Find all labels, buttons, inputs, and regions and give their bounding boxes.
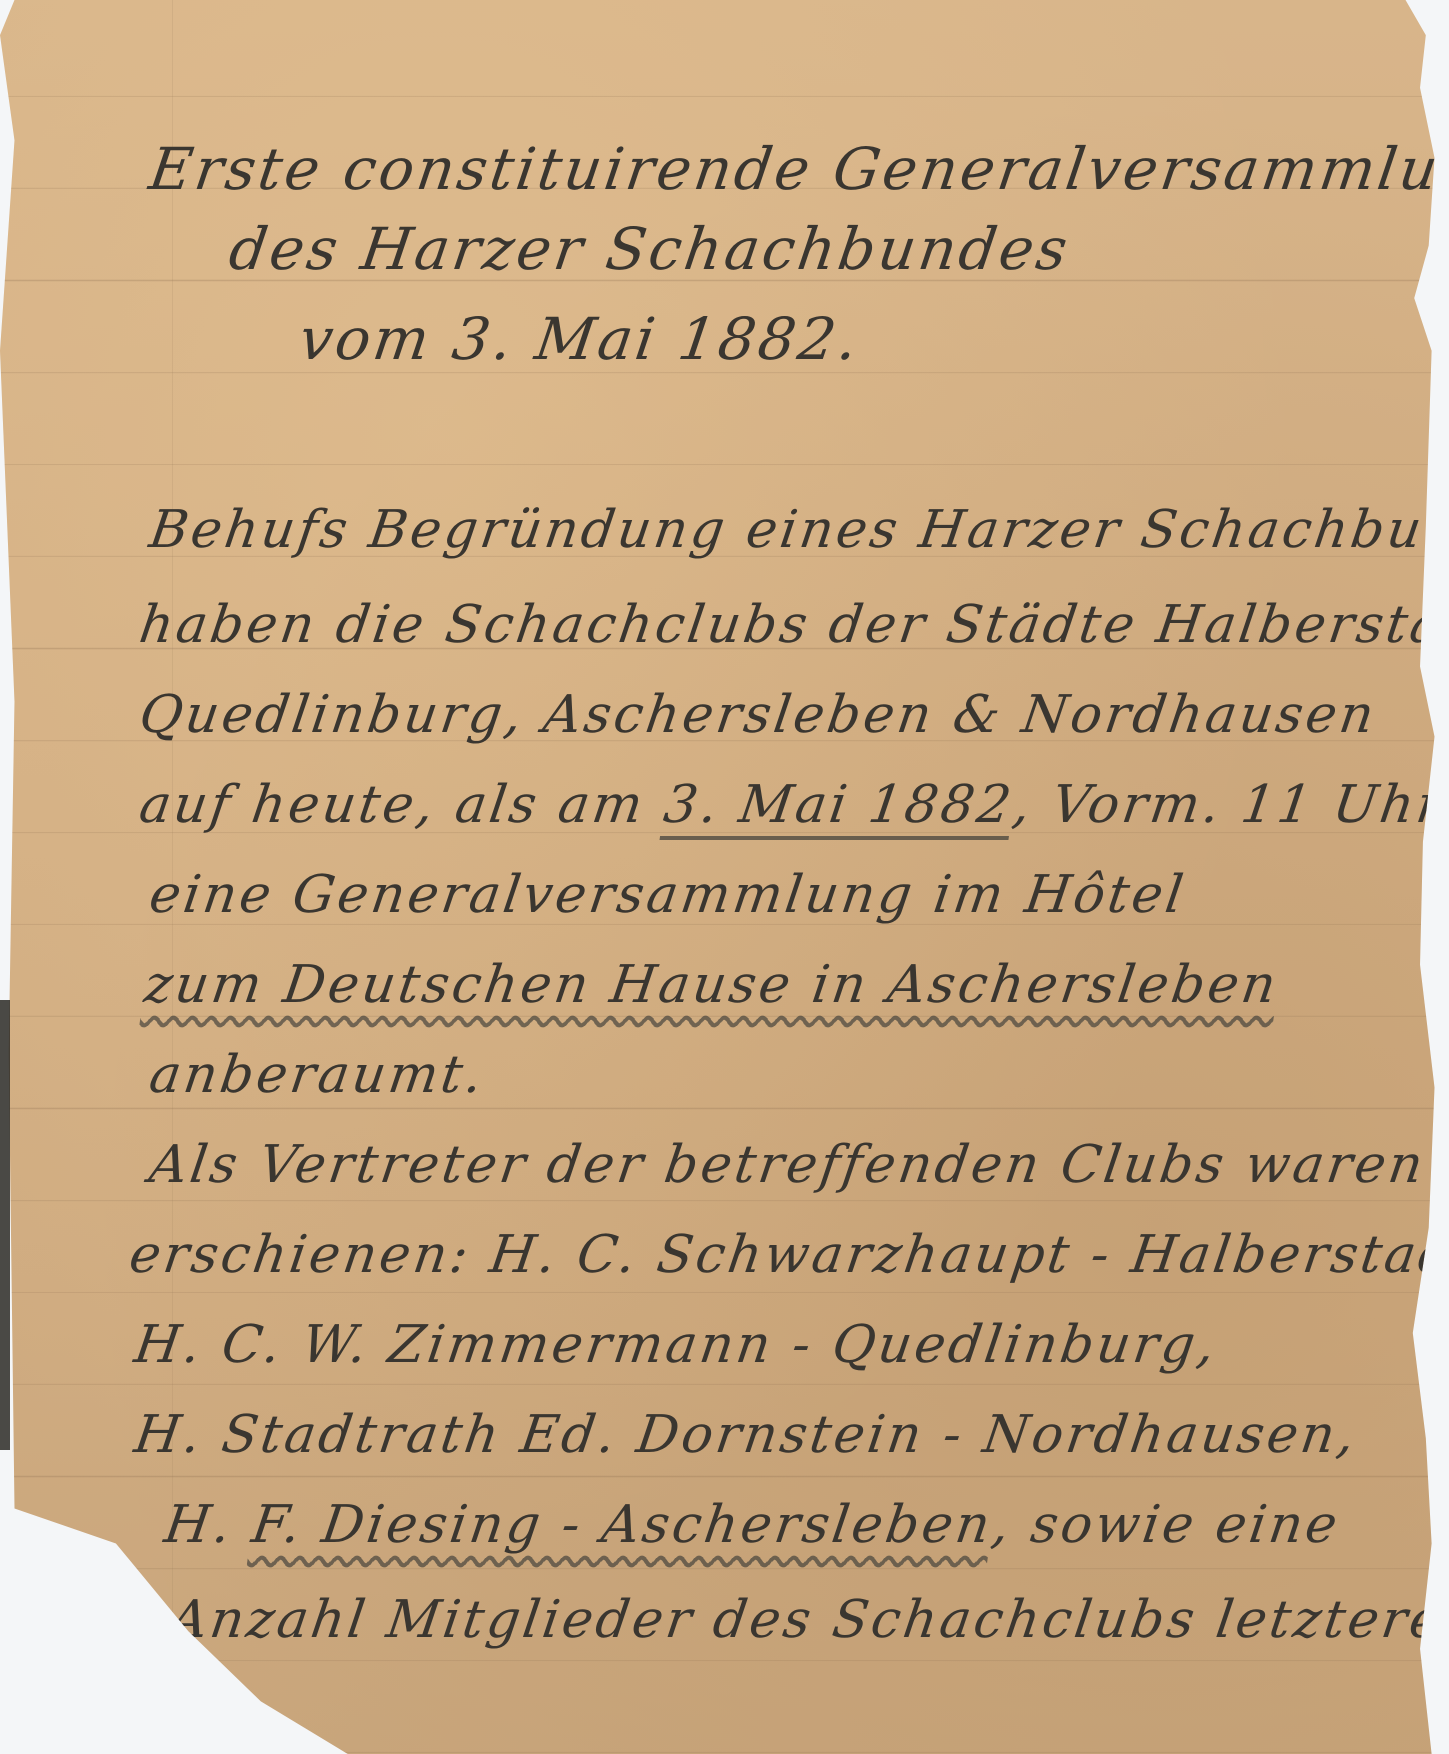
body-line-13: Anzahl Mitglieder des Schachclubs letzte… [166, 1590, 1449, 1650]
title-line-3: vom 3. Mai 1882. [295, 305, 864, 373]
manuscript-page: Erste constituirende Generalversammlung … [0, 0, 1449, 1754]
body-line-3: Quedlinburg, Aschersleben & Nordhausen [136, 685, 1381, 745]
body-line-11: H. Stadtrath Ed. Dornstein - Nordhausen, [131, 1405, 1361, 1465]
body-line-7: anberaumt. [146, 1045, 489, 1105]
delegate-diesing: F. Diesing - Aschersleben [248, 1495, 996, 1555]
body-line-6: zum Deutschen Hause in Aschersleben [141, 955, 1283, 1015]
body-line-12-pre: H. [161, 1495, 257, 1555]
torn-edge-shadow [0, 1000, 10, 1450]
title-line-1: Erste constituirende Generalversammlung [145, 135, 1449, 203]
meeting-date: 3. Mai 1882 [660, 775, 1017, 835]
body-line-10: H. C. W. Zimmermann - Quedlinburg, [131, 1315, 1222, 1375]
body-line-4-pre: auf heute, als am [136, 775, 669, 835]
body-line-4-post: , Vorm. 11 Uhr [1009, 775, 1449, 835]
body-line-5: eine Generalversammlung im Hôtel [146, 865, 1190, 925]
body-line-12-post: , sowie eine [988, 1495, 1344, 1555]
body-line-4: auf heute, als am 3. Mai 1882, Vorm. 11 … [136, 775, 1449, 835]
body-line-12: H. F. Diesing - Aschersleben, sowie eine [161, 1495, 1344, 1555]
title-line-2: des Harzer Schachbundes [225, 215, 1074, 283]
body-line-1: Behufs Begründung eines Harzer Schachbun… [146, 500, 1449, 560]
body-line-2: haben die Schachclubs der Städte Halbers… [136, 595, 1449, 655]
body-line-9: erschienen: H. C. Schwarzhaupt - Halbers… [126, 1225, 1449, 1285]
meeting-venue: zum Deutschen Hause in Aschersleben [141, 955, 1283, 1015]
body-line-8: Als Vertreter der betreffenden Clubs war… [146, 1135, 1430, 1195]
